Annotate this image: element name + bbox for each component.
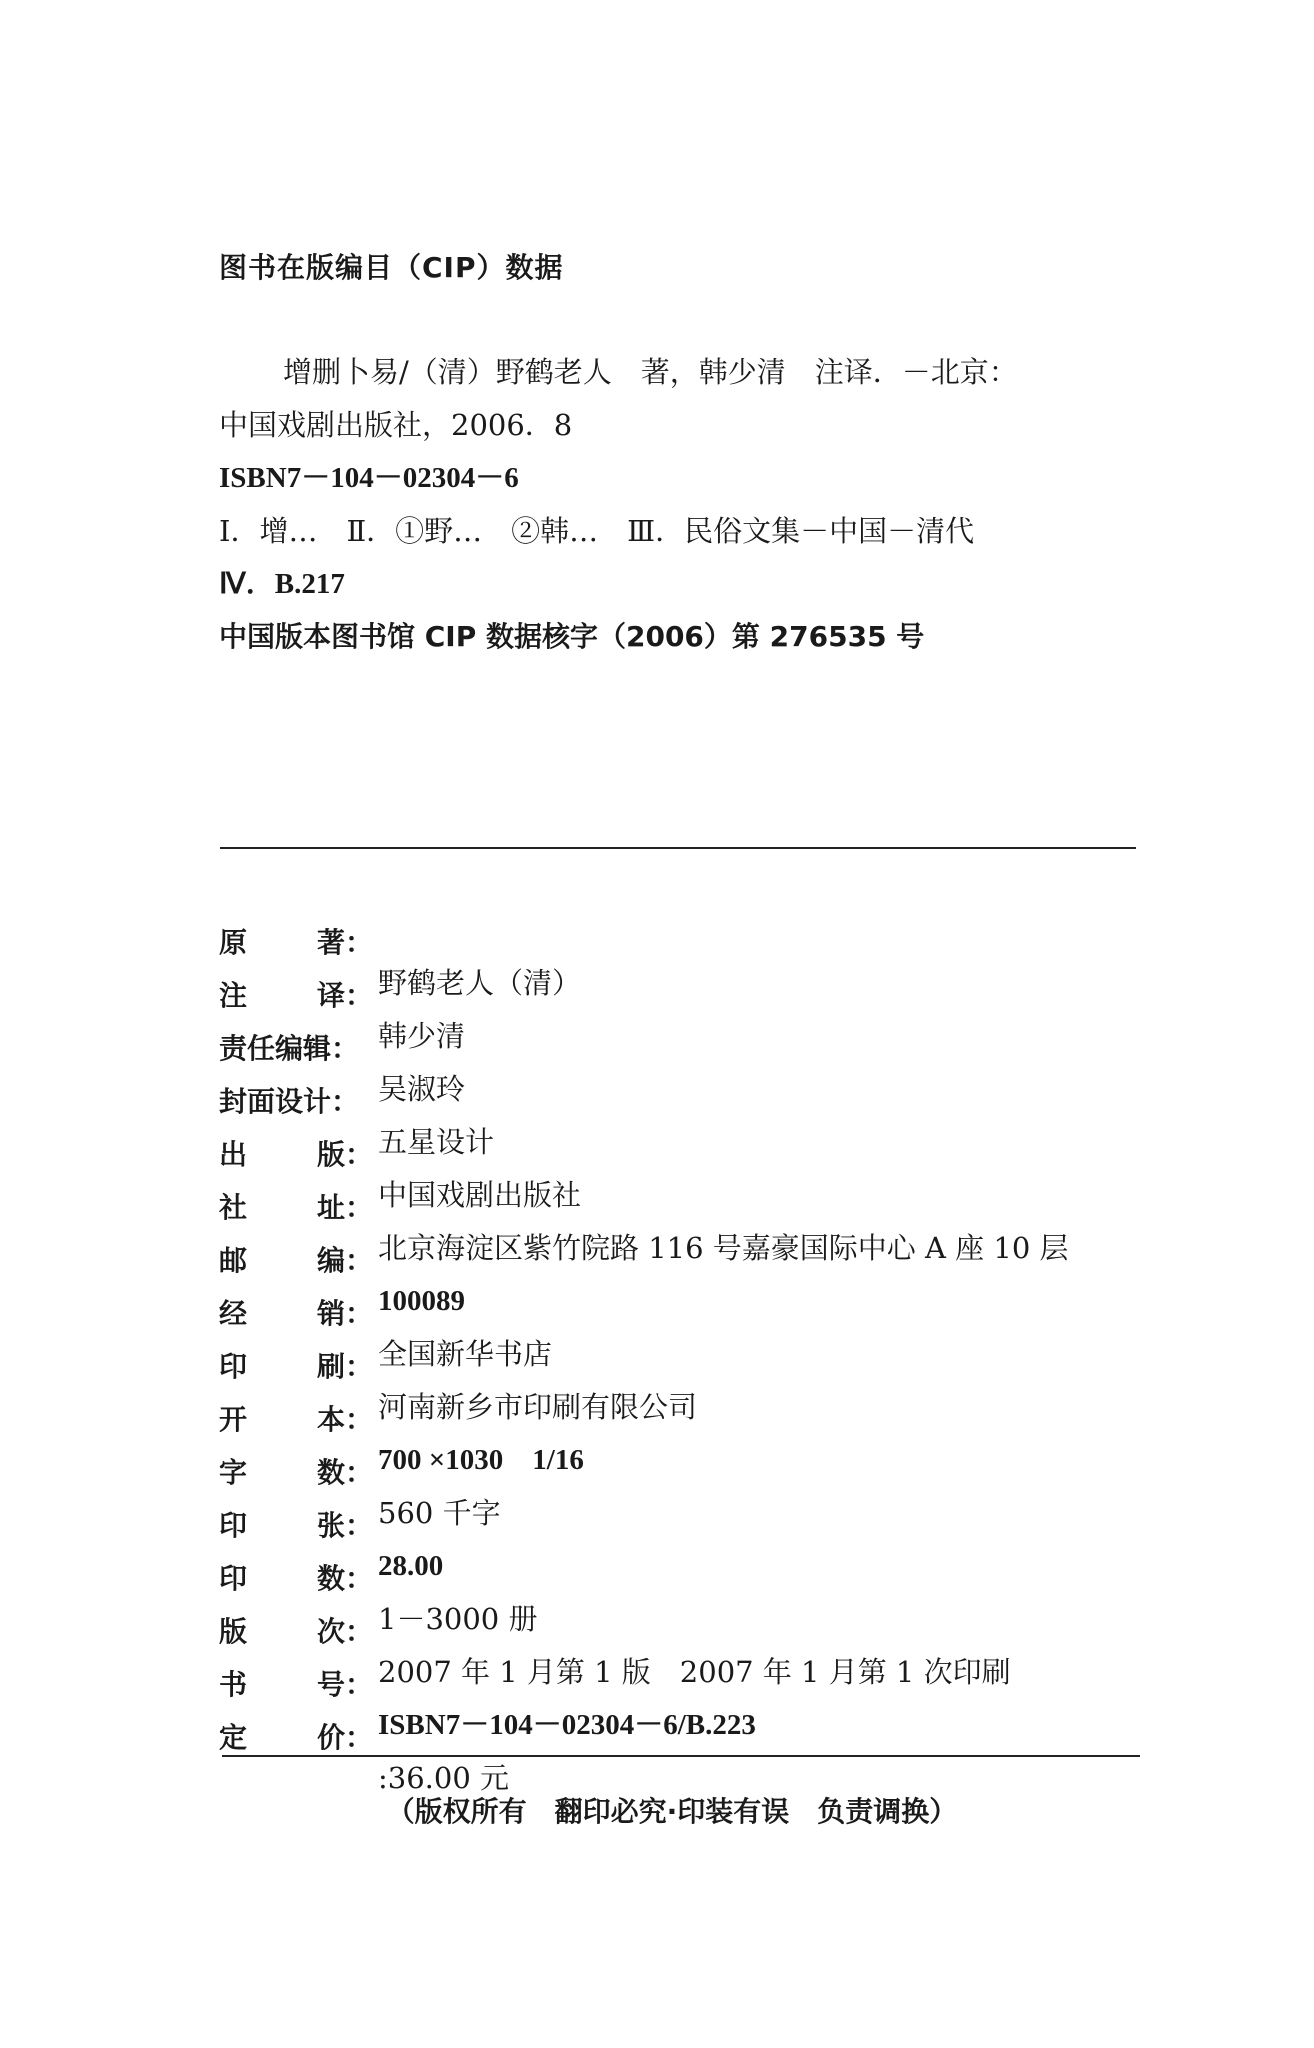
row-value: 28.00 xyxy=(378,1546,443,1586)
row-value: 吴淑玲 xyxy=(378,1069,465,1109)
row-value: 100089 xyxy=(378,1281,465,1321)
cip-line-classification: Ⅳ．B.217 xyxy=(219,564,345,604)
colophon-row-price: 定价： :36.00 元 xyxy=(219,1678,256,1718)
row-value: ISBN7－104－02304－6/B.223 xyxy=(378,1705,756,1745)
colophon-row-original-author: 原著： 野鹤老人（清） xyxy=(219,883,256,923)
row-value: 1－3000 册 xyxy=(378,1599,537,1639)
divider-top xyxy=(220,847,1136,849)
colophon-row-word-count: 字数： 560 千字 xyxy=(219,1413,256,1453)
colophon-row-printer: 印刷： 河南新乡市印刷有限公司 xyxy=(219,1307,256,1347)
colophon-row-edition: 版次： 2007 年 1 月第 1 版 2007 年 1 月第 1 次印刷 xyxy=(219,1572,256,1612)
colophon-row-printed-sheets: 印张： 28.00 xyxy=(219,1466,256,1506)
cip-heading: 图书在版编目（CIP）数据 xyxy=(219,246,564,286)
colophon-row-publisher: 出版： 中国戏剧出版社 xyxy=(219,1095,256,1135)
row-value: 河南新乡市印刷有限公司 xyxy=(378,1387,697,1427)
colophon-row-format: 开本： 700 ×1030 1/16 xyxy=(219,1360,256,1400)
colophon-row-distributor: 经销： 全国新华书店 xyxy=(219,1254,256,1294)
row-value: 野鹤老人（清） xyxy=(378,963,581,1003)
copyright-notice: （版权所有 翻印必究·印装有误 负责调换） xyxy=(0,1790,1314,1830)
row-value: 560 千字 xyxy=(378,1493,501,1533)
cip-line-publisher-date: 中国戏剧出版社，2006．8 xyxy=(219,405,572,445)
cip-line-record-number: 中国版本图书馆 CIP 数据核字（2006）第 276535 号 xyxy=(219,617,924,657)
divider-bottom xyxy=(222,1755,1140,1757)
colophon-row-editor: 责任编辑： 吴淑玲 xyxy=(219,989,256,1029)
colophon-row-address: 社址： 北京海淀区紫竹院路 116 号嘉豪国际中心 A 座 10 层 xyxy=(219,1148,256,1188)
row-value: 全国新华书店 xyxy=(378,1334,552,1374)
row-value: 中国戏剧出版社 xyxy=(378,1175,581,1215)
cip-line-isbn: ISBN7－104－02304－6 xyxy=(219,458,519,498)
colophon-row-print-run: 印数： 1－3000 册 xyxy=(219,1519,256,1559)
row-value: 700 ×1030 1/16 xyxy=(378,1440,584,1480)
colophon-row-book-number: 书号： ISBN7－104－02304－6/B.223 xyxy=(219,1625,256,1665)
cip-line-bibliographic: 增删卜易/（清）野鹤老人 著，韩少清 注译．－北京： xyxy=(283,352,1018,392)
colophon-row-postcode: 邮编： 100089 xyxy=(219,1201,256,1241)
row-value: 五星设计 xyxy=(378,1122,494,1162)
colophon-row-annotator: 注译： 韩少清 xyxy=(219,936,256,976)
row-value: 韩少清 xyxy=(378,1016,465,1056)
row-value: 北京海淀区紫竹院路 116 号嘉豪国际中心 A 座 10 层 xyxy=(378,1228,1069,1268)
book-copyright-page: 图书在版编目（CIP）数据 增删卜易/（清）野鹤老人 著，韩少清 注译．－北京：… xyxy=(0,0,1314,2048)
cip-line-subject-headings: Ⅰ．增… Ⅱ．①野… ②韩… Ⅲ．民俗文集－中国－清代 xyxy=(219,511,974,551)
row-value: 2007 年 1 月第 1 版 2007 年 1 月第 1 次印刷 xyxy=(378,1652,1011,1692)
colophon-row-cover-design: 封面设计： 五星设计 xyxy=(219,1042,256,1082)
